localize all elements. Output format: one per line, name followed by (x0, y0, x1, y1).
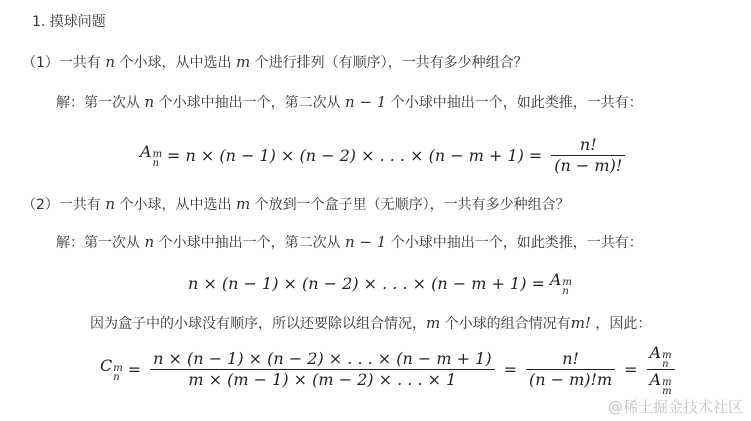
fraction-product-over-m-product: n × (n − 1) × (n − 2) × . . . × (n − m +… (150, 349, 494, 390)
expr-n-minus-1: n − 1 (345, 233, 386, 251)
answer-2: 解：第一次从 n 个小球中抽出一个，第二次从 n − 1 个小球中抽出一个，如此… (56, 232, 643, 253)
note-suffix: ，因此： (591, 316, 651, 332)
symbol-A-n-m: A mn (550, 270, 572, 296)
product-expression: n × (n − 1) × (n − 2) × . . . × (n − m +… (185, 146, 523, 165)
equation-combination: C mn = n × (n − 1) × (n − 2) × . . . × (… (100, 345, 679, 393)
q1-prefix: （1）一共有 (22, 55, 105, 71)
var-n: n (144, 93, 154, 111)
watermark: @稀土掘金技术社区 (608, 396, 743, 417)
equation-permutation: A mn = n × (n − 1) × (n − 2) × . . . × (… (140, 133, 629, 177)
var-n: n (144, 233, 154, 251)
symbol-C-n-m: C mn (100, 356, 123, 382)
expr-m-factorial: m! (571, 314, 591, 332)
var-n: n (105, 195, 115, 213)
a2-suffix: 个小球中抽出一个，如此类推，一共有： (386, 235, 642, 251)
expr-n-minus-1: n − 1 (345, 93, 386, 111)
var-m: m (236, 53, 250, 71)
answer-1: 解：第一次从 n 个小球中抽出一个，第二次从 n − 1 个小球中抽出一个，如此… (56, 92, 643, 113)
fraction-n-fact-over-n-minus-m-fact: n! (n − m)! (551, 135, 625, 176)
equation-product-equals-A: n × (n − 1) × (n − 2) × . . . × (n − m +… (188, 268, 572, 298)
a2-prefix: 解：第一次从 (56, 235, 144, 251)
var-m: m (426, 314, 440, 332)
question-2: （2）一共有 n 个小球，从中选出 m 个放到一个盒子里（无顺序），一共有多少种… (22, 194, 570, 215)
q2-suffix: 个放到一个盒子里（无顺序），一共有多少种组合？ (250, 197, 569, 213)
q2-mid: 个小球，从中选出 (115, 197, 236, 213)
q1-mid: 个小球，从中选出 (115, 55, 236, 71)
fraction-A-n-m-over-A-m-m: A mn A mm (647, 343, 675, 396)
note-divide-by-m-factorial: 因为盒子中的小球没有顺序，所以还要除以组合情况，m 个小球的组合情况有m! ，因… (90, 313, 651, 334)
question-1: （1）一共有 n 个小球，从中选出 m 个进行排列（有顺序），一共有多少种组合？ (22, 52, 528, 73)
a1-suffix: 个小球中抽出一个，如此类推，一共有： (386, 95, 642, 111)
q2-prefix: （2）一共有 (22, 197, 105, 213)
var-m: m (236, 195, 250, 213)
product-expression: n × (n − 1) × (n − 2) × . . . × (n − m +… (188, 274, 526, 293)
a1-mid: 个小球中抽出一个，第二次从 (154, 95, 345, 111)
section-heading: 1. 摸球问题 (32, 12, 106, 32)
symbol-A-n-m: A mn (140, 142, 162, 168)
fraction-n-fact-over-n-minus-m-fact-m: n! (n − m)!m (526, 349, 615, 390)
a2-mid: 个小球中抽出一个，第二次从 (154, 235, 345, 251)
a1-prefix: 解：第一次从 (56, 95, 144, 111)
var-n: n (105, 53, 115, 71)
note-mid: 个小球的组合情况有 (440, 316, 570, 332)
note-prefix: 因为盒子中的小球没有顺序，所以还要除以组合情况， (90, 316, 426, 332)
q1-suffix: 个进行排列（有顺序），一共有多少种组合？ (250, 55, 527, 71)
